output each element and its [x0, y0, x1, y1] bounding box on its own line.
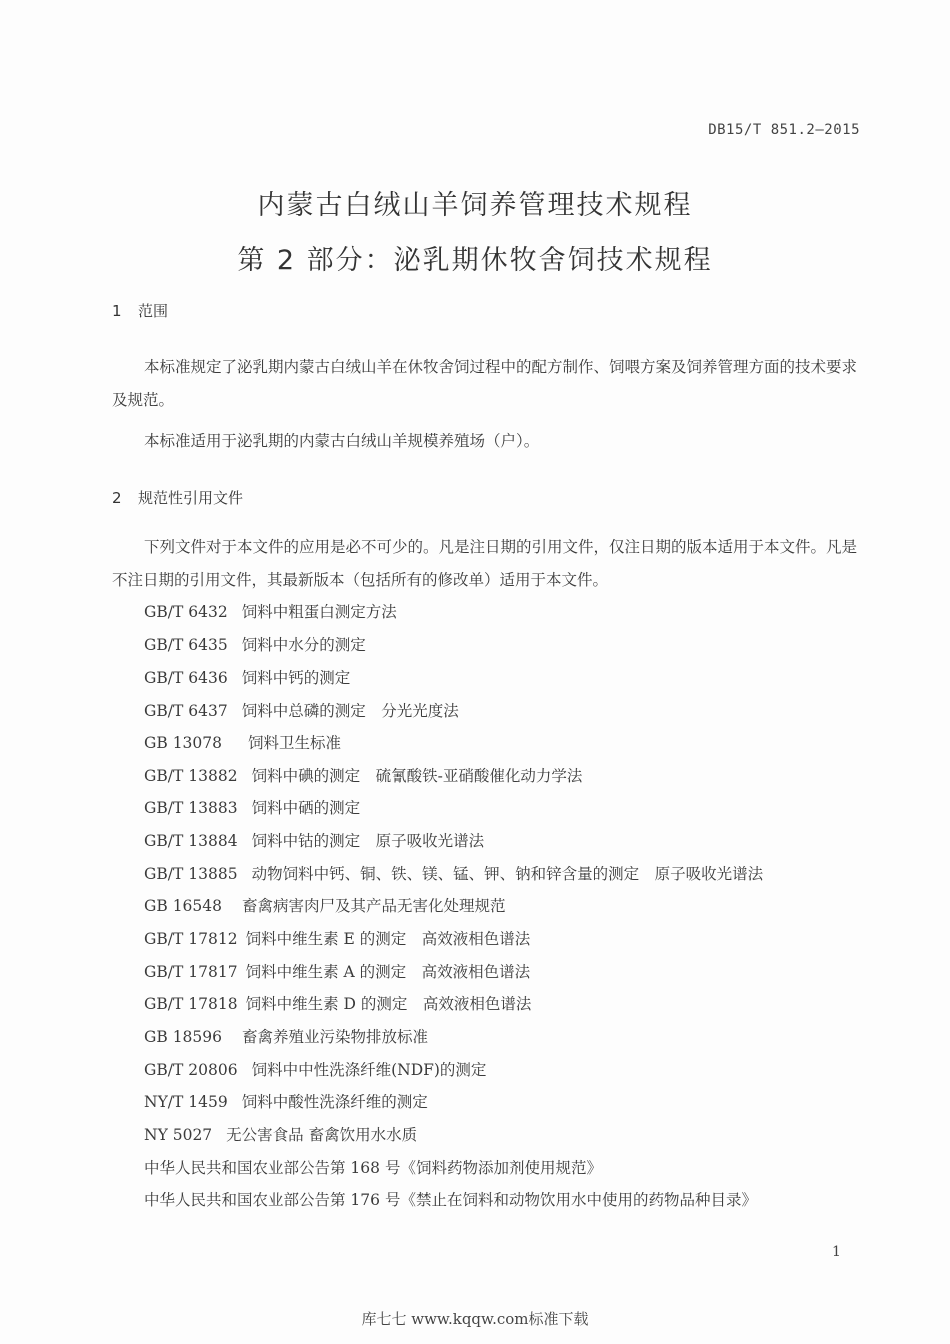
page-number: 1: [832, 1244, 841, 1260]
scope-paragraph-1: 本标准规定了泌乳期内蒙古白绒山羊在休牧舍饲过程中的配方制作、饲喂方案及饲养管理方…: [112, 351, 860, 417]
reference-item: NY/T 1459饲料中酸性洗涤纤维的测定: [144, 1090, 428, 1112]
reference-item: 中华人民共和国农业部公告第 176 号《禁止在饲料和动物饮用水中使用的药物品种目…: [144, 1188, 757, 1210]
section-title: 规范性引用文件: [138, 489, 243, 507]
section-number: 1: [112, 302, 138, 320]
standard-code: DB15/T 851.2—2015: [708, 122, 860, 138]
reference-item: NY 5027无公害食品 畜禽饮用水水质: [144, 1123, 417, 1145]
reference-item: GB/T 6435饲料中水分的测定: [144, 633, 366, 655]
footer-watermark: 库七七 www.kqqw.com标准下载: [0, 1308, 950, 1329]
reference-item: GB/T 6432饲料中粗蛋白测定方法: [144, 600, 397, 622]
reference-item: GB 13078饲料卫生标准: [144, 731, 341, 753]
document-subtitle: 第 2 部分：泌乳期休牧舍饲技术规程: [0, 238, 950, 277]
reference-item: GB/T 13882饲料中碘的测定 硫氰酸铁-亚硝酸催化动力学法: [144, 764, 582, 786]
reference-item: GB/T 13884饲料中钴的测定 原子吸收光谱法: [144, 829, 484, 851]
section-heading-scope: 1范围: [112, 300, 168, 321]
section-heading-normative-references: 2规范性引用文件: [112, 487, 243, 508]
reference-item: GB/T 6436饲料中钙的测定: [144, 666, 350, 688]
reference-item: GB/T 17812饲料中维生素 E 的测定 高效液相色谱法: [144, 927, 530, 949]
reference-item: GB/T 13883饲料中硒的测定: [144, 796, 360, 818]
reference-item: GB/T 17817饲料中维生素 A 的测定 高效液相色谱法: [144, 960, 530, 982]
references-intro-paragraph: 下列文件对于本文件的应用是必不可少的。凡是注日期的引用文件，仅注日期的版本适用于…: [112, 531, 860, 597]
reference-item: GB/T 13885动物饲料中钙、铜、铁、镁、锰、钾、钠和锌含量的测定 原子吸收…: [144, 862, 763, 884]
section-number: 2: [112, 489, 138, 507]
section-title: 范围: [138, 302, 168, 320]
reference-item: GB/T 6437饲料中总磷的测定 分光光度法: [144, 699, 459, 721]
reference-item: GB 16548畜禽病害肉尸及其产品无害化处理规范: [144, 894, 506, 916]
document-title: 内蒙古白绒山羊饲养管理技术规程: [0, 183, 950, 222]
scope-paragraph-2: 本标准适用于泌乳期的内蒙古白绒山羊规模养殖场（户）。: [112, 425, 860, 458]
reference-item: 中华人民共和国农业部公告第 168 号《饲料药物添加剂使用规范》: [144, 1156, 602, 1178]
reference-item: GB 18596畜禽养殖业污染物排放标准: [144, 1025, 428, 1047]
reference-item: GB/T 17818饲料中维生素 D 的测定 高效液相色谱法: [144, 992, 531, 1014]
reference-item: GB/T 20806饲料中中性洗涤纤维(NDF)的测定: [144, 1058, 486, 1080]
